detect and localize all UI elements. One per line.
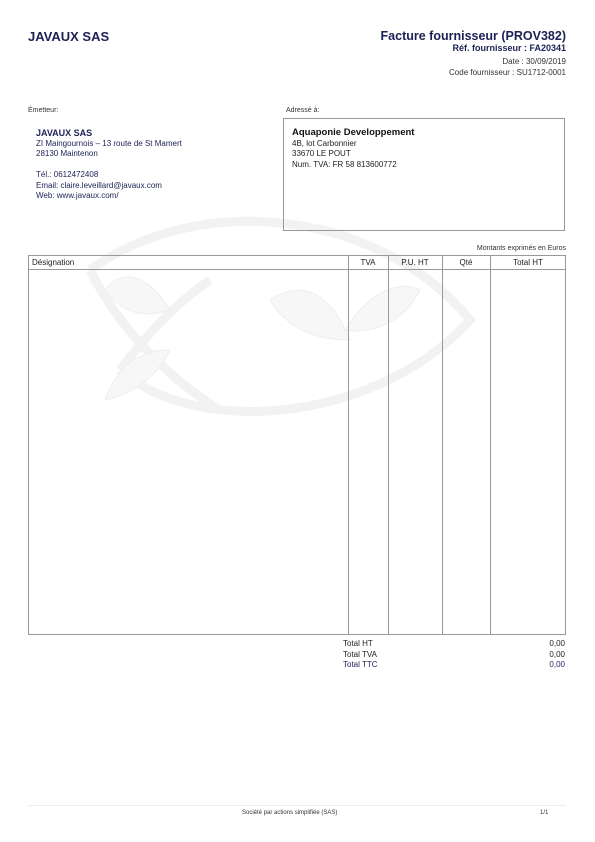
emitter-name: JAVAUX SAS <box>36 128 182 139</box>
total-tva-value: 0,00 <box>549 650 565 661</box>
currency-note: Montants exprimés en Euros <box>477 245 566 252</box>
column-header-quantity: Qté <box>442 258 490 267</box>
column-divider <box>490 256 491 634</box>
recipient-address-line1: 4B, lot Carbonnier <box>292 139 414 150</box>
supplier-reference: Réf. fournisseur : FA20341 <box>452 43 566 53</box>
column-divider <box>348 256 349 634</box>
invoice-date: Date : 30/09/2019 <box>502 57 566 66</box>
total-ht-row: Total HT 0,00 <box>343 639 565 650</box>
emitter-address-line2: 28130 Maintenon <box>36 149 182 160</box>
page-number: 1/1 <box>540 810 548 816</box>
column-header-tva: TVA <box>348 258 388 267</box>
footer-divider <box>28 805 566 806</box>
total-ht-value: 0,00 <box>549 639 565 650</box>
column-header-designation: Désignation <box>32 258 74 267</box>
items-table: Désignation TVA P.U. HT Qté Total HT <box>28 255 566 635</box>
recipient-label: Adressé à: <box>286 107 319 114</box>
footer-legal: Société par actions simplifiée (SAS) <box>242 810 337 816</box>
emitter-label: Émetteur: <box>28 107 58 114</box>
recipient-address-line2: 33670 LE POUT <box>292 149 414 160</box>
total-ttc-value: 0,00 <box>549 660 565 671</box>
column-header-total-ht: Total HT <box>490 258 566 267</box>
totals-block: Total HT 0,00 Total TVA 0,00 Total TTC 0… <box>343 639 565 671</box>
document-title: Facture fournisseur (PROV382) <box>381 29 566 43</box>
emitter-block: JAVAUX SAS ZI Maingournois – 13 route de… <box>36 128 182 202</box>
emitter-email: Email: claire.leveillard@javaux.com <box>36 181 182 192</box>
recipient-block: Aquaponie Developpement 4B, lot Carbonni… <box>292 128 414 170</box>
recipient-vat: Num. TVA: FR 58 813600772 <box>292 160 414 171</box>
total-ht-label: Total HT <box>343 639 373 650</box>
header-divider <box>29 269 565 270</box>
total-tva-label: Total TVA <box>343 650 377 661</box>
total-ttc-label: Total TTC <box>343 660 378 671</box>
emitter-phone: Tél.: 0612472408 <box>36 170 182 181</box>
emitter-web: Web: www.javaux.com/ <box>36 191 182 202</box>
column-divider <box>442 256 443 634</box>
total-ttc-row: Total TTC 0,00 <box>343 660 565 671</box>
recipient-name: Aquaponie Developpement <box>292 128 414 139</box>
column-divider <box>388 256 389 634</box>
supplier-code: Code fournisseur : SU1712-0001 <box>449 68 566 77</box>
emitter-address-line1: ZI Maingournois – 13 route de St Mamert <box>36 139 182 150</box>
total-tva-row: Total TVA 0,00 <box>343 650 565 661</box>
column-header-unit-price: P.U. HT <box>388 258 442 267</box>
company-title: JAVAUX SAS <box>28 29 109 44</box>
